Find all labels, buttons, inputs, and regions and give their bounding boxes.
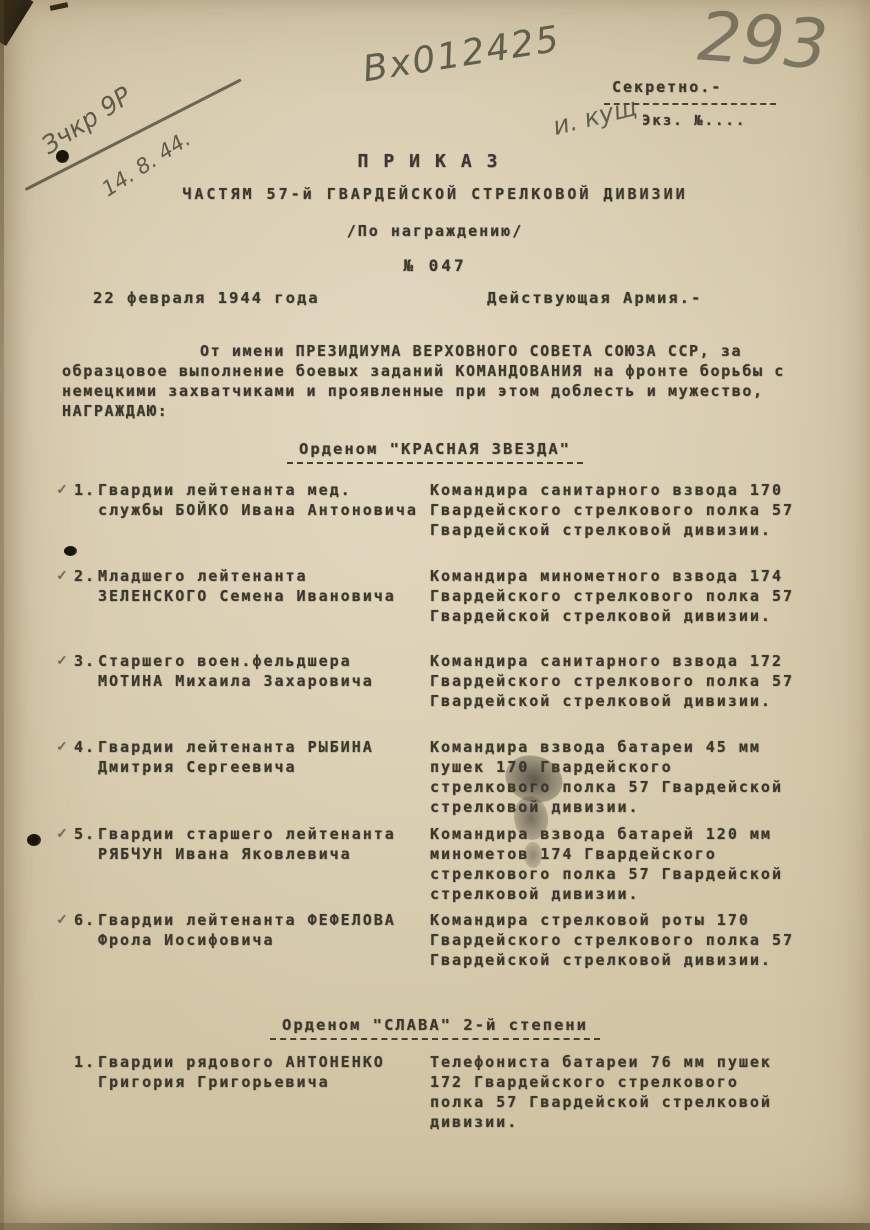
entry-number: 2. [74,566,98,606]
secrecy-underline [604,103,776,105]
document-page: Вх012425 293 Зчкр 9Р 14. 8. 44. и. кущ С… [0,0,870,1230]
ink-smudge [524,842,542,868]
scan-left-edge [0,0,4,1230]
scan-corner-mark [0,0,33,46]
order-location: Действующая Армия.- [487,289,702,307]
award-entry: ✓ 3.Старшего воен.фельдшера МОТИНА Михаи… [56,651,826,711]
award-entry: ✓ 5.Гвардии старшего лейтенанта РЯБЧУН И… [56,824,826,904]
awardee-name: Младшего лейтенанта ЗЕЛЕНСКОГО Семена Ив… [98,566,426,606]
awardee-position: Командира минометного взвода 174 Гвардей… [430,566,802,626]
paper-hole [64,546,77,556]
check-mark: ✓ [56,910,74,930]
scan-edge-mark [50,2,69,11]
awardee-position: Телефониста батареи 76 мм пушек 172 Гвар… [430,1052,802,1132]
check-mark: ✓ [56,824,74,844]
scan-bottom-edge [0,1223,870,1230]
order-subtitle: ЧАСТЯМ 57-й ГВАРДЕЙСКОЙ СТРЕЛКОВОЙ ДИВИЗ… [0,185,870,203]
entry-number: 3. [74,651,98,691]
award-entry: ✓ 2.Младшего лейтенанта ЗЕЛЕНСКОГО Семен… [56,566,826,626]
awardee-position: Командира взвода батарей 120 мм миномето… [430,824,802,904]
awardee-position: Командира санитарного взвода 172 Гвардей… [430,651,802,711]
preamble-text: От имени ПРЕЗИДИУМА ВЕРХОВНОГО СОВЕТА СО… [62,341,818,421]
check-mark: ✓ [56,737,74,757]
check-mark: ✓ [56,566,74,586]
secrecy-label: Секретно.- [612,78,722,96]
awardee-name: Старшего воен.фельдшера МОТИНА Михаила З… [98,651,426,691]
award-entry: 1.Гвардии рядового АНТОНЕНКО Григория Гр… [56,1052,826,1132]
entry-number: 1. [74,1052,98,1092]
awardee-name: Гвардии лейтенанта РЫБИНА Дмитрия Сергее… [98,737,426,777]
check-mark: ✓ [56,651,74,671]
handwritten-margin-note: Зчкр 9Р [36,81,136,160]
check-mark: ✓ [56,480,74,500]
awardee-name: Гвардии лейтенанта ФЕФЕЛОВА Фрола Иосифо… [98,910,426,950]
entry-number: 6. [74,910,98,950]
handwritten-page-number: 293 [695,0,830,85]
entry-number: 4. [74,737,98,777]
paper-hole [27,834,41,846]
section-heading-glory: Орденом "СЛАВА" 2-й степени [0,1016,870,1040]
awardee-position: Командира санитарного взвода 170 Гвардей… [430,480,802,540]
handwritten-signature: и. кущ [550,92,640,141]
order-date: 22 февраля 1944 года [93,289,320,307]
awardee-position: Командира взвода батареи 45 мм пушек 170… [430,737,802,817]
order-subject: /По награждению/ [0,222,870,240]
awardee-position: Командира стрелковой роты 170 Гвардейско… [430,910,802,970]
section-heading-red-star: Орденом "КРАСНАЯ ЗВЕЗДА" [0,440,870,464]
order-number: № 047 [0,256,870,275]
awardee-name: Гвардии старшего лейтенанта РЯБЧУН Ивана… [98,824,426,864]
entry-number: 5. [74,824,98,864]
copy-number-label: Экз. №.... [642,113,746,129]
awardee-name: Гвардии рядового АНТОНЕНКО Григория Григ… [98,1052,426,1092]
award-entry: ✓ 4.Гвардии лейтенанта РЫБИНА Дмитрия Се… [56,737,826,817]
award-entry: ✓ 6.Гвардии лейтенанта ФЕФЕЛОВА Фрола Ио… [56,910,826,970]
awardee-name: Гвардии лейтенанта мед. службы БОЙКО Ива… [98,480,426,520]
order-title: ПРИКАЗ [0,151,870,172]
award-entry: ✓ 1.Гвардии лейтенанта мед. службы БОЙКО… [56,480,826,540]
handwritten-incoming-number: Вх012425 [360,19,563,91]
entry-number: 1. [74,480,98,520]
